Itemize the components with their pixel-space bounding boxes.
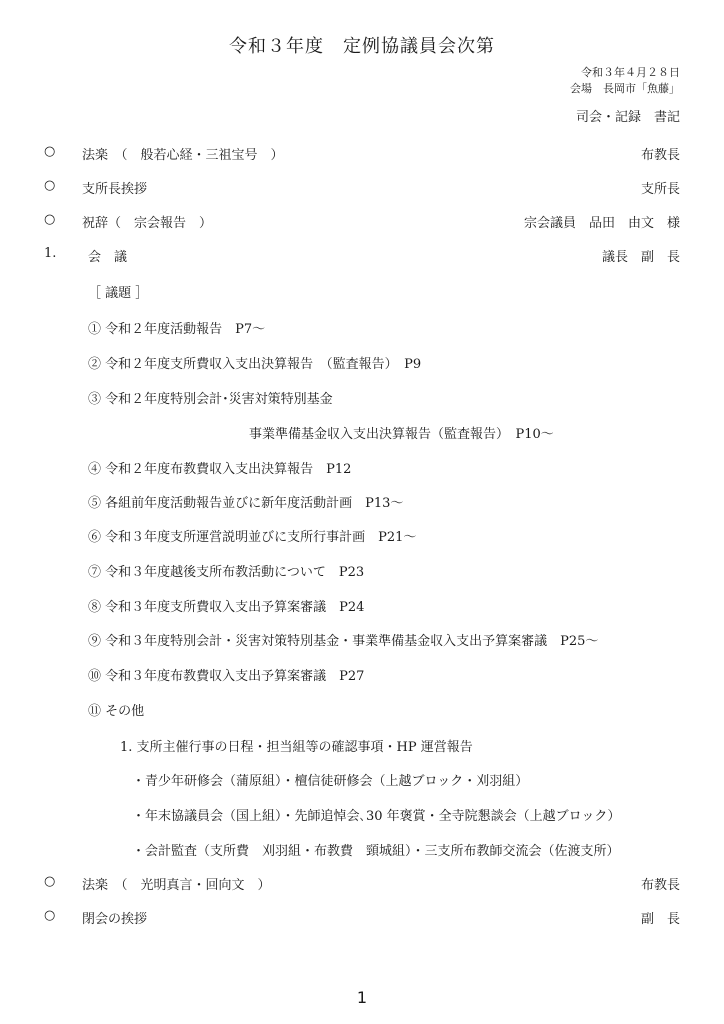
meeting-venue: 会場 長岡市「魚藤」 [570,80,680,96]
program-item-greeting: 支所長挨拶 [82,178,147,197]
other-bullet: ・年末協議員会（国上組）・先師追悼会､30 年褒賞・全寺院懇談会（上越ブロック） [132,805,620,824]
program-item-congrats: 祝辞（ 宗会報告 ） [82,212,212,231]
other-subitem: 1. 支所主催行事の日程・担当組等の確認事項・HP 運営報告 [120,736,473,755]
program-item-closing-greeting: 閉会の挨拶 [82,908,147,927]
other-bullet: ・青少年研修会（蒲原組）・檀信徒研修会（上越ブロック・刈羽組） [132,770,528,789]
program-item-hoge: 法楽 （ 般若心経・三祖宝号 ） [82,144,284,163]
agenda-item: ⑩ 令和３年度布教費収入支出予算案審議 P27 [88,665,364,684]
agenda-item: ⑤ 各組前年度活動報告並びに新年度活動計画 P13～ [88,492,403,511]
agenda-item: ⑨ 令和３年度特別会計・災害対策特別基金・事業準備基金収入支出予算案審議 P25… [88,630,598,649]
circle-bullet-icon: ○ [44,212,55,227]
agenda-item: ⑧ 令和３年度支所費収入支出予算案審議 P24 [88,596,364,615]
mc-recorder: 司会・記録 書記 [576,106,680,125]
program-person: 副 長 [641,908,680,927]
agenda-heading: ［ 議題 ］ [88,282,148,301]
section-number: 1. [44,246,56,261]
program-item-closing-hoge: 法楽 （ 光明真言・回向文 ） [82,874,271,893]
program-person: 布教長 [641,874,680,893]
agenda-item: ⑥ 令和３年度支所運営説明並びに支所行事計画 P21～ [88,526,416,545]
circle-bullet-icon: ○ [44,178,55,193]
agenda-item: ④ 令和２年度布教費収入支出決算報告 P12 [88,458,351,477]
circle-bullet-icon: ○ [44,144,55,159]
program-person: 支所長 [641,178,680,197]
circle-bullet-icon: ○ [44,908,55,923]
program-person: 宗会議員 品田 由文 様 [524,212,680,231]
page-number: 1 [0,988,724,1007]
program-person: 布教長 [641,144,680,163]
agenda-item-continuation: 事業準備基金収入支出決算報告（監査報告） P10～ [249,423,554,442]
other-bullet: ・会計監査（支所費 刈羽組・布教費 頸城組）・三支所布教師交流会（佐渡支所） [132,840,620,859]
agenda-item: ③ 令和２年度特別会計･災害対策特別基金 [88,388,333,407]
program-person: 議長 副 長 [602,246,680,265]
agenda-item: ⑪ その他 [88,700,144,719]
meeting-date: 令和３年４月２８日 [581,64,680,80]
agenda-item: ⑦ 令和３年度越後支所布教活動について P23 [88,561,364,580]
agenda-item: ② 令和２年度支所費収入支出決算報告 （監査報告） P9 [88,353,421,372]
program-item-meeting: 会 議 [88,246,127,265]
agenda-item: ① 令和２年度活動報告 P7～ [88,318,265,337]
document-title: 令和３年度 定例協議員会次第 [0,32,724,58]
circle-bullet-icon: ○ [44,874,55,889]
